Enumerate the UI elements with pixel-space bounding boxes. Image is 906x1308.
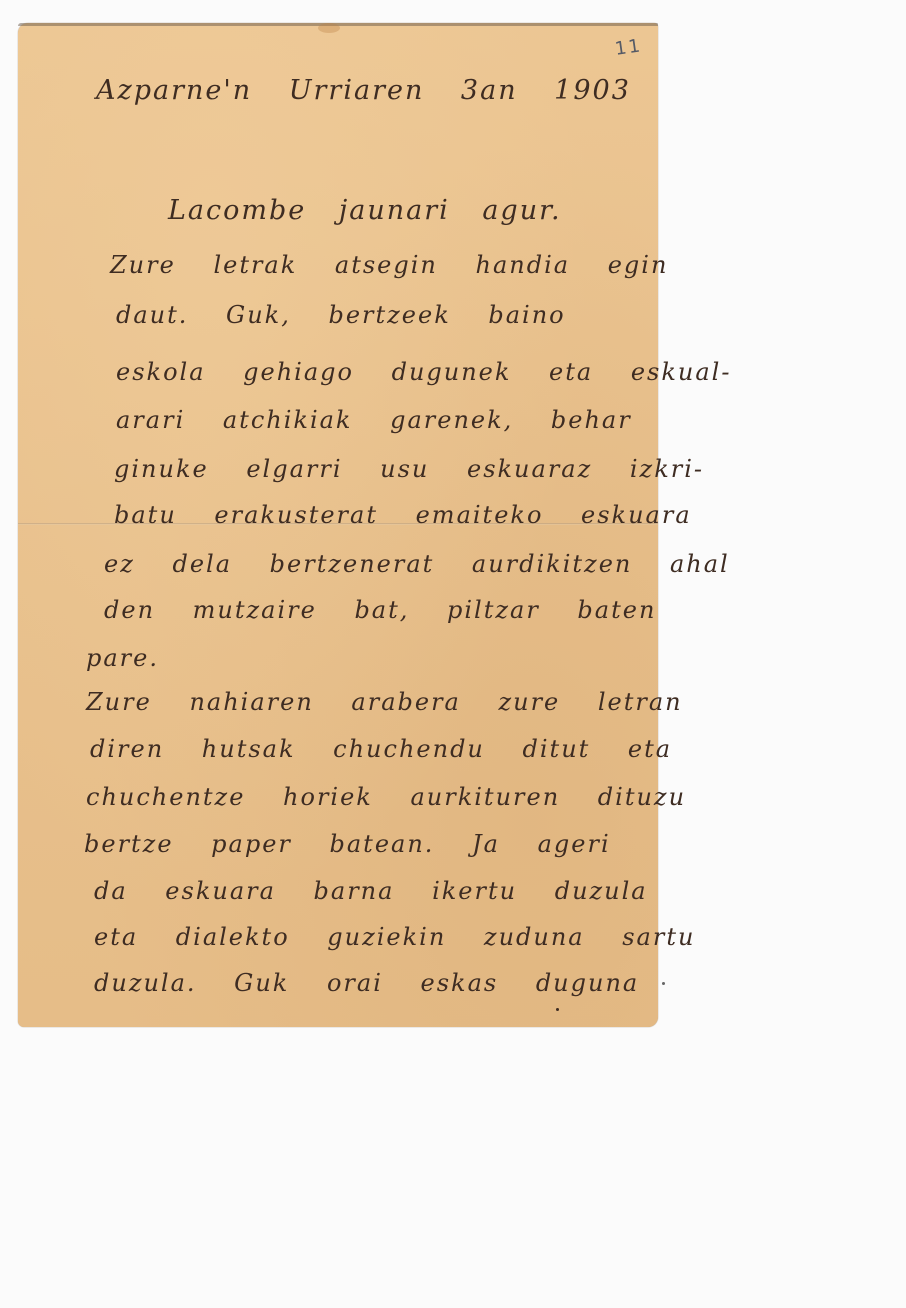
text-line: den mutzaire bat, piltzar baten — [104, 596, 656, 624]
salutation: Lacombe jaunari agur. — [168, 195, 562, 226]
text-line: Zure nahiaren arabera zure letran — [86, 688, 683, 716]
dateline: Azparne'n Urriaren 3an 1903 — [96, 75, 631, 106]
text-line: da eskuara barna ikertu duzula — [94, 877, 648, 905]
text-line: ez dela bertzenerat aurdikitzen ahal — [104, 550, 730, 578]
text-line: pare. — [86, 644, 159, 672]
text-line: chuchentze horiek aurkituren dituzu — [86, 783, 686, 811]
folio-number: 11 — [614, 35, 644, 60]
text-line: eta dialekto guziekin zuduna sartu — [94, 923, 695, 951]
scan-speck — [662, 982, 665, 985]
text-line: eskola gehiago dugunek eta eskual- — [116, 358, 731, 386]
text-line: Zure letrak atsegin handia egin — [110, 251, 668, 279]
letter-page: 11 Azparne'n Urriaren 3an 1903 Lacombe j… — [18, 23, 658, 1027]
paper-stain — [318, 23, 340, 33]
text-line: diren hutsak chuchendu ditut eta — [90, 735, 672, 763]
text-line: daut. Guk, bertzeek baino — [116, 301, 566, 329]
text-line: bertze paper batean. Ja ageri — [84, 830, 611, 858]
text-line: duzula. Guk orai eskas duguna — [94, 969, 639, 997]
text-line: ginuke elgarri usu eskuaraz izkri- — [114, 455, 704, 483]
text-line: batu erakusterat emaiteko eskuara — [114, 501, 692, 529]
ink-dot — [556, 1008, 559, 1011]
text-line: arari atchikiak garenek, behar — [116, 406, 632, 434]
